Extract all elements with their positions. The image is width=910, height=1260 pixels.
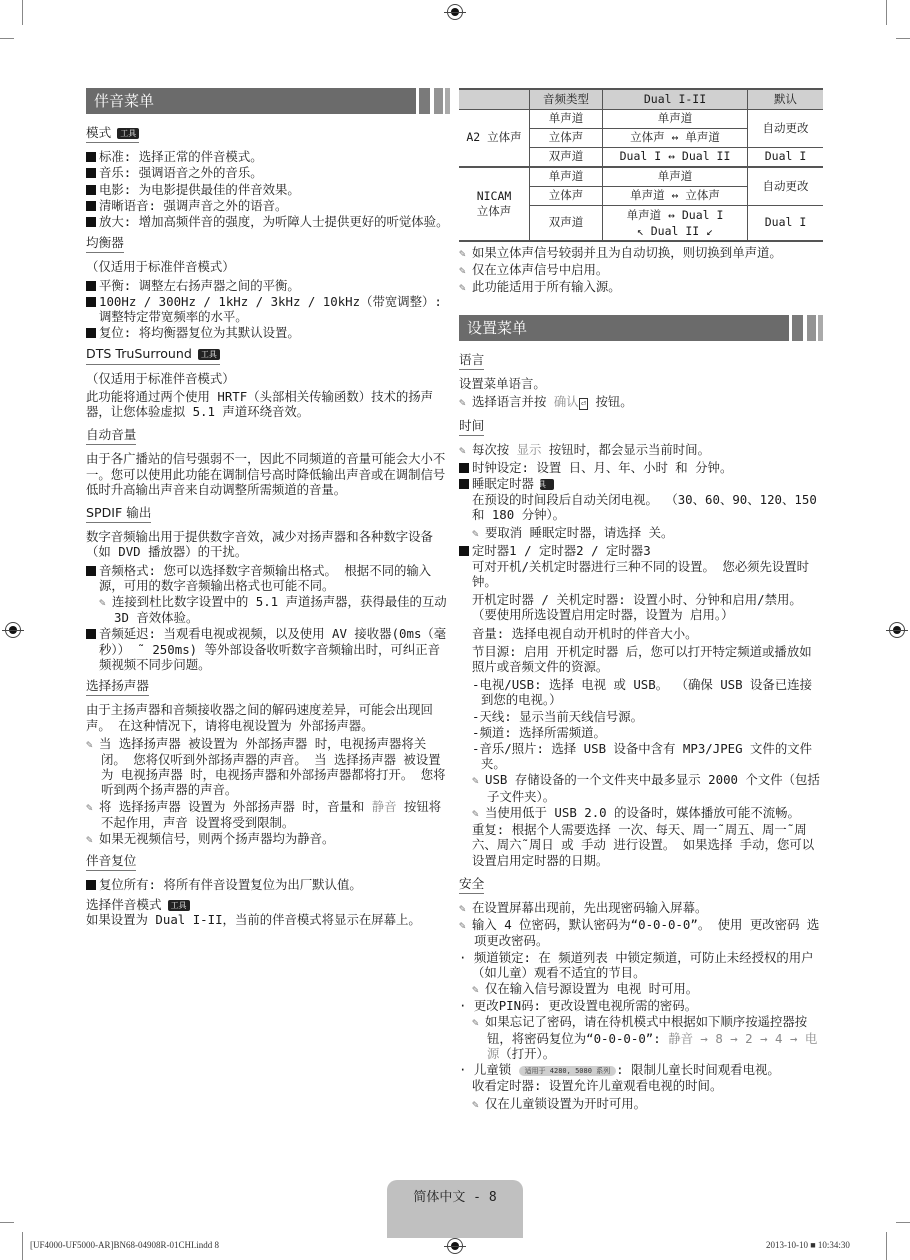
bullet-square-icon bbox=[86, 152, 96, 162]
info-button-label: 显示 bbox=[517, 442, 542, 457]
note-text: 按钮时，都会显示当前时间。 bbox=[541, 442, 710, 457]
note-text: 仅在输入信号源设置为 电视 时可用。 bbox=[485, 981, 698, 996]
note-text: 当 选择扬声器 被设置为 外部扬声器 时，电视扬声器将关闭。 您将仅听到外部扬声… bbox=[99, 736, 446, 798]
bullet-square-icon bbox=[86, 185, 96, 195]
note-pencil-icon: ✎ bbox=[99, 595, 112, 610]
table-cell: 单声道 bbox=[530, 110, 603, 129]
bullet-item: 复位: 将均衡器复位为其默认设置。 bbox=[86, 325, 450, 340]
note-pencil-icon: ✎ bbox=[459, 918, 472, 933]
table-header-row: 音频类型 Dual I-II 默认 bbox=[459, 89, 823, 110]
note-item: ✎如果忘记了密码，请在待机模式中根据如下顺序按遥控器按钮，将密码复位为“0-0-… bbox=[459, 1014, 823, 1061]
note-text: 仅在立体声信号中启用。 bbox=[472, 262, 608, 277]
paragraph: （仅适用于标准伴音模式） bbox=[86, 371, 450, 386]
note-pencil-icon: ✎ bbox=[472, 1097, 485, 1112]
crop-mark bbox=[22, 1232, 23, 1260]
bullet-item: 电影: 为电影提供最佳的伴音效果。 bbox=[86, 182, 450, 197]
tools-icon: 工具 bbox=[540, 479, 554, 490]
tools-icon: 工具 bbox=[117, 128, 139, 139]
note-text: 选择语言并按 bbox=[472, 394, 554, 409]
table-cell: NICAM立体声 bbox=[459, 167, 530, 241]
note-item: ✎当 选择扬声器 被设置为 外部扬声器 时，电视扬声器将关闭。 您将仅听到外部扬… bbox=[86, 736, 450, 798]
bullet-text: 睡眠定时器 bbox=[472, 476, 534, 491]
note-item: ✎在设置屏幕出现前，先出现密码输入屏幕。 bbox=[459, 900, 823, 916]
table-cell-text: ↖ Dual II ↙ bbox=[637, 224, 713, 238]
enter-icon: ⏎ bbox=[579, 398, 588, 410]
note-pencil-icon: ✎ bbox=[86, 832, 99, 847]
bullet-item: 平衡: 调整左右扬声器之间的平衡。 bbox=[86, 278, 450, 293]
note-pencil-icon: ✎ bbox=[472, 1015, 485, 1030]
table-cell: 双声道 bbox=[530, 206, 603, 242]
dash-item: -音乐/照片: 选择 USB 设备中含有 MP3/JPEG 文件的文件夹。 bbox=[459, 741, 823, 771]
table-cell: 单声道 ↔ 立体声 bbox=[603, 187, 748, 206]
subsection-title-auto-volume: 自动音量 bbox=[86, 427, 136, 445]
note-item: ✎仅在输入信号源设置为 电视 时可用。 bbox=[459, 981, 823, 997]
right-column: 音频类型 Dual I-II 默认 A2 立体声 单声道 单声道 自动更改 立体… bbox=[459, 88, 823, 1114]
bullet-text: 复位所有: 将所有伴音设置复位为出厂默认值。 bbox=[99, 877, 362, 892]
bullet-text: 音频格式: 您可以选择数字音频输出格式。 根据不同的输入源，可用的数字音频输出格… bbox=[99, 563, 431, 593]
note-pencil-icon: ✎ bbox=[459, 395, 472, 410]
note-pencil-icon: ✎ bbox=[472, 526, 485, 541]
model-badge: 适用于 4280, 5080 系列 bbox=[519, 1066, 617, 1076]
paragraph: 在预设的时间段后自动关闭电视。 （30、60、90、120、150 和 180 … bbox=[459, 492, 823, 522]
section-header-setup: 设置菜单 bbox=[459, 315, 823, 341]
header-stripe bbox=[792, 315, 803, 341]
registration-mark-right bbox=[889, 622, 905, 638]
bullet-text: 清晰语音: 强调声音之外的语音。 bbox=[99, 198, 287, 213]
note-text: 每次按 bbox=[472, 442, 517, 457]
dot-text: 儿童锁 bbox=[474, 1062, 519, 1077]
bullet-text: 定时器1 / 定时器2 / 定时器3 bbox=[472, 543, 651, 558]
note-text: 此功能适用于所有输入源。 bbox=[472, 279, 621, 294]
bullet-text: 平衡: 调整左右扬声器之间的平衡。 bbox=[99, 278, 300, 293]
note-text: 要取消 睡眠定时器，请选择 关。 bbox=[485, 525, 673, 540]
table-cell: 立体声 bbox=[530, 129, 603, 148]
tools-icon: 工具 bbox=[198, 349, 220, 360]
note-text: USB 存储设备的一个文件夹中最多显示 2000 个文件（包括子文件夹）。 bbox=[485, 772, 820, 803]
page-number-tab: 简体中文 - 8 bbox=[387, 1180, 523, 1238]
table-cell: 自动更改 bbox=[748, 167, 824, 206]
subsection-label: 模式 bbox=[86, 125, 111, 140]
bullet-square-icon bbox=[459, 479, 469, 489]
bullet-square-icon bbox=[459, 546, 469, 556]
note-pencil-icon: ✎ bbox=[472, 982, 485, 997]
paragraph: 如果设置为 Dual I-II，当前的伴音模式将显示在屏幕上。 bbox=[86, 912, 450, 927]
bullet-text: 标准: 选择正常的伴音模式。 bbox=[99, 149, 263, 164]
note-text: 将 选择扬声器 设置为 外部扬声器 时，音量和 bbox=[99, 799, 372, 814]
header-stripe bbox=[445, 88, 450, 114]
table-cell: 自动更改 bbox=[748, 110, 824, 148]
bullet-text: 音频延迟: 当观看电视或视频，以及使用 AV 接收器(0ms（毫秒）） ˜ 25… bbox=[99, 626, 446, 671]
note-pencil-icon: ✎ bbox=[472, 773, 485, 788]
bullet-item: 音乐: 强调语音之外的音乐。 bbox=[86, 165, 450, 180]
subsection-title-mode: 模式工具 bbox=[86, 125, 139, 143]
tools-icon: 工具 bbox=[168, 900, 190, 911]
crop-mark bbox=[0, 1222, 14, 1223]
dot-item: · 频道锁定: 在 频道列表 中锁定频道，可防止未经授权的用户（如儿童）观看不适… bbox=[459, 950, 823, 980]
crop-mark bbox=[896, 1222, 910, 1223]
footer-timestamp: 2013-10-10 ■ 10:34:30 bbox=[766, 1240, 850, 1250]
note-pencil-icon: ✎ bbox=[459, 280, 472, 295]
note-text: 连接到杜比数字设置中的 5.1 声道扬声器，获得最佳的互动 3D 音效体验。 bbox=[112, 594, 447, 625]
subsection-label: DTS TruSurround bbox=[86, 346, 192, 361]
bullet-text: 放大: 增加高频伴音的强度，为听障人士提供更好的听觉体验。 bbox=[99, 214, 448, 229]
mute-button-label: 静音 bbox=[372, 799, 397, 814]
note-item: ✎USB 存储设备的一个文件夹中最多显示 2000 个文件（包括子文件夹）。 bbox=[459, 772, 823, 803]
note-item: ✎如果无视频信号，则两个扬声器均为静音。 bbox=[86, 831, 450, 847]
dash-text: 电视/USB: 选择 电视 或 USB。 （确保 USB 设备已连接到您的电视。… bbox=[479, 677, 812, 707]
bullet-square-icon bbox=[86, 201, 96, 211]
paragraph: 由于主扬声器和音频接收器之间的解码速度差异，可能会出现回声。 在这种情况下，请将… bbox=[86, 702, 450, 732]
dot-item: · 儿童锁 适用于 4280, 5080 系列: 限制儿童长时间观看电视。 bbox=[459, 1062, 823, 1077]
table-cell-text: 单声道 ↔ Dual I bbox=[627, 208, 724, 222]
note-pencil-icon: ✎ bbox=[459, 443, 472, 458]
note-item: ✎将 选择扬声器 设置为 外部扬声器 时，音量和 静音 按钮将不起作用，声音 设… bbox=[86, 799, 450, 830]
table-cell-text: 立体声 bbox=[477, 204, 512, 218]
note-pencil-icon: ✎ bbox=[86, 737, 99, 752]
bullet-item: 音频格式: 您可以选择数字音频输出格式。 根据不同的输入源，可用的数字音频输出格… bbox=[86, 563, 450, 593]
note-pencil-icon: ✎ bbox=[472, 806, 485, 821]
note-item: ✎当使用低于 USB 2.0 的设备时，媒体播放可能不流畅。 bbox=[459, 805, 823, 821]
subsection-title-security: 安全 bbox=[459, 876, 484, 894]
registration-mark-top bbox=[447, 4, 463, 20]
paragraph: （仅适用于标准伴音模式） bbox=[86, 259, 450, 274]
note-item: ✎每次按 显示 按钮时，都会显示当前时间。 bbox=[459, 442, 823, 458]
mute-button-label: 静音 bbox=[668, 1031, 693, 1046]
note-pencil-icon: ✎ bbox=[459, 263, 472, 278]
note-text: （打开）。 bbox=[499, 1046, 555, 1061]
table-row: NICAM立体声 单声道 单声道 自动更改 bbox=[459, 167, 823, 187]
bullet-square-icon bbox=[86, 281, 96, 291]
table-cell: 双声道 bbox=[530, 148, 603, 168]
table-cell: 单声道 ↔ Dual I↖ Dual II ↙ bbox=[603, 206, 748, 242]
paragraph: 数字音频输出用于提供数字音效，减少对扬声器和各种数字设备（如 DVD 播放器）的… bbox=[86, 529, 450, 559]
subsection-title-spdif: SPDIF 输出 bbox=[86, 505, 151, 523]
note-text: 如果无视频信号，则两个扬声器均为静音。 bbox=[99, 831, 334, 846]
note-text: 仅在儿童锁设置为开时可用。 bbox=[485, 1096, 646, 1111]
registration-mark-bottom bbox=[447, 1238, 463, 1254]
note-pencil-icon: ✎ bbox=[459, 901, 472, 916]
paragraph: 由于各广播站的信号强弱不一，因此不同频道的音量可能会大小不一。您可以使用此功能在… bbox=[86, 451, 450, 497]
bullet-item: 音频延迟: 当观看电视或视频，以及使用 AV 接收器(0ms（毫秒）） ˜ 25… bbox=[86, 626, 450, 672]
subsection-title-speaker: 选择扬声器 bbox=[86, 678, 149, 696]
table-header: 默认 bbox=[748, 89, 824, 110]
note-text: 按钮。 bbox=[588, 394, 633, 409]
key-sequence: → 8 → 2 → 4 → bbox=[693, 1031, 805, 1046]
dash-text: 音乐/照片: 选择 USB 设备中含有 MP3/JPEG 文件的文件夹。 bbox=[479, 741, 812, 771]
bullet-square-icon bbox=[86, 880, 96, 890]
subsection-title-dts: DTS TruSurround工具 bbox=[86, 346, 220, 364]
bullet-square-icon bbox=[86, 168, 96, 178]
note-item: ✎仅在儿童锁设置为开时可用。 bbox=[459, 1096, 823, 1112]
paragraph: 设置菜单语言。 bbox=[459, 376, 823, 391]
bullet-square-icon bbox=[86, 629, 96, 639]
audio-type-table: 音频类型 Dual I-II 默认 A2 立体声 单声道 单声道 自动更改 立体… bbox=[459, 88, 823, 242]
crop-mark bbox=[886, 1232, 887, 1260]
bullet-item: 时钟设定: 设置 日、月、年、小时 和 分钟。 bbox=[459, 460, 823, 475]
dash-item: -频道: 选择所需频道。 bbox=[459, 725, 823, 740]
table-header: 音频类型 bbox=[530, 89, 603, 110]
subsection-title-language: 语言 bbox=[459, 352, 484, 370]
paragraph: 开机定时器 / 关机定时器: 设置小时、分钟和启用/禁用。 （要使用所选设置启用… bbox=[459, 592, 823, 622]
bullet-square-icon bbox=[86, 328, 96, 338]
crop-mark bbox=[22, 0, 23, 25]
header-stripe bbox=[807, 315, 816, 341]
registration-mark-left bbox=[5, 622, 21, 638]
paragraph: 节目源: 启用 开机定时器 后，您可以打开特定频道或播放如照片或音频文件的资源。 bbox=[459, 644, 823, 674]
table-cell: A2 立体声 bbox=[459, 110, 530, 168]
bullet-square-icon bbox=[86, 566, 96, 576]
header-stripe bbox=[419, 88, 430, 114]
crop-mark bbox=[0, 38, 14, 39]
left-column: 伴音菜单 模式工具 标准: 选择正常的伴音模式。 音乐: 强调语音之外的音乐。 … bbox=[86, 88, 450, 930]
note-text: 在设置屏幕出现前，先出现密码输入屏幕。 bbox=[472, 900, 707, 915]
subsection-title-equalizer: 均衡器 bbox=[86, 235, 124, 253]
table-cell: Dual I bbox=[748, 148, 824, 168]
dot-text: : 限制儿童长时间观看电视。 bbox=[616, 1062, 780, 1077]
subsection-title-reset: 伴音复位 bbox=[86, 853, 136, 871]
table-cell: Dual I ↔ Dual II bbox=[603, 148, 748, 168]
table-cell: 单声道 bbox=[530, 167, 603, 187]
note-item: ✎仅在立体声信号中启用。 bbox=[459, 262, 823, 278]
subsection-title-select-mode: 选择伴音模式工具 bbox=[86, 897, 450, 912]
dash-item: -天线: 显示当前天线信号源。 bbox=[459, 709, 823, 724]
bullet-text: 复位: 将均衡器复位为其默认设置。 bbox=[99, 325, 300, 340]
dash-text: 天线: 显示当前天线信号源。 bbox=[479, 709, 643, 724]
note-item: ✎要取消 睡眠定时器，请选择 关。 bbox=[459, 525, 823, 541]
header-stripe bbox=[818, 315, 823, 341]
bullet-text: 100Hz / 300Hz / 1kHz / 3kHz / 10kHz（带宽调整… bbox=[99, 294, 442, 324]
section-header-sound: 伴音菜单 bbox=[86, 88, 450, 114]
note-text: 当使用低于 USB 2.0 的设备时，媒体播放可能不流畅。 bbox=[485, 805, 800, 820]
footer-file-name: [UF4000-UF5000-AR]BN68-04908R-01CHI.indd… bbox=[30, 1240, 219, 1250]
bullet-square-icon bbox=[459, 463, 469, 473]
bullet-item: 定时器1 / 定时器2 / 定时器3 bbox=[459, 543, 823, 558]
dash-text: 频道: 选择所需频道。 bbox=[479, 725, 605, 740]
note-item: ✎输入 4 位密码，默认密码为“0-0-0-0”。 使用 更改密码 选项更改密码… bbox=[459, 917, 823, 948]
subsection-title-time: 时间 bbox=[459, 418, 484, 436]
bullet-text: 时钟设定: 设置 日、月、年、小时 和 分钟。 bbox=[472, 460, 732, 475]
table-header: Dual I-II bbox=[603, 89, 748, 110]
dot-text: 更改PIN码: 更改设置电视所需的密码。 bbox=[474, 998, 697, 1013]
note-item: ✎连接到杜比数字设置中的 5.1 声道扬声器，获得最佳的互动 3D 音效体验。 bbox=[86, 594, 450, 625]
table-cell: Dual I bbox=[748, 206, 824, 242]
table-cell: 立体声 bbox=[530, 187, 603, 206]
paragraph: 重复: 根据个人需要选择 一次、每天、周一˜周五、周一˜周六、周六˜周日 或 手… bbox=[459, 822, 823, 868]
bullet-item: 复位所有: 将所有伴音设置复位为出厂默认值。 bbox=[86, 877, 450, 892]
header-stripe bbox=[434, 88, 443, 114]
paragraph: 音量: 选择电视自动开机时的伴音大小。 bbox=[459, 626, 823, 641]
bullet-item: 清晰语音: 强调声音之外的语音。 bbox=[86, 198, 450, 213]
crop-mark bbox=[886, 0, 887, 25]
section-title: 伴音菜单 bbox=[86, 88, 416, 114]
bullet-item: 100Hz / 300Hz / 1kHz / 3kHz / 10kHz（带宽调整… bbox=[86, 294, 450, 324]
table-cell: 单声道 bbox=[603, 110, 748, 129]
note-text: 如果立体声信号较弱并且为自动切换，则切换到单声道。 bbox=[472, 245, 782, 260]
note-item: ✎如果立体声信号较弱并且为自动切换，则切换到单声道。 bbox=[459, 245, 823, 261]
table-cell-text: NICAM bbox=[477, 189, 512, 203]
table-cell: 单声道 bbox=[603, 167, 748, 187]
section-title: 设置菜单 bbox=[459, 315, 789, 341]
table-row: A2 立体声 单声道 单声道 自动更改 bbox=[459, 110, 823, 129]
bullet-item: 睡眠定时器工具 bbox=[459, 476, 823, 491]
paragraph: 此功能将通过两个使用 HRTF（头部相关传输函数）技术的扬声器，让您体验虚拟 5… bbox=[86, 389, 450, 419]
note-pencil-icon: ✎ bbox=[459, 246, 472, 261]
table-cell: 立体声 ↔ 单声道 bbox=[603, 129, 748, 148]
paragraph: 收看定时器: 设置允许儿童观看电视的时间。 bbox=[459, 1078, 823, 1093]
dash-item: -电视/USB: 选择 电视 或 USB。 （确保 USB 设备已连接到您的电视… bbox=[459, 677, 823, 707]
note-text: 输入 4 位密码，默认密码为“0-0-0-0”。 使用 更改密码 选项更改密码。 bbox=[472, 917, 819, 948]
bullet-square-icon bbox=[86, 297, 96, 307]
dot-item: · 更改PIN码: 更改设置电视所需的密码。 bbox=[459, 998, 823, 1013]
paragraph: 可对开机/关机定时器进行三种不同的设置。 您必须先设置时钟。 bbox=[459, 559, 823, 589]
bullet-square-icon bbox=[86, 217, 96, 227]
dot-text: 频道锁定: 在 频道列表 中锁定频道，可防止未经授权的用户（如儿童）观看不适宜的… bbox=[472, 950, 814, 980]
bullet-text: 电影: 为电影提供最佳的伴音效果。 bbox=[99, 182, 300, 197]
note-pencil-icon: ✎ bbox=[86, 800, 99, 815]
note-item: ✎选择语言并按 确认⏎ 按钮。 bbox=[459, 394, 823, 412]
crop-mark bbox=[896, 38, 910, 39]
bullet-item: 标准: 选择正常的伴音模式。 bbox=[86, 149, 450, 164]
note-item: ✎此功能适用于所有输入源。 bbox=[459, 279, 823, 295]
subsection-label: 选择伴音模式 bbox=[86, 897, 162, 912]
bullet-text: 音乐: 强调语音之外的音乐。 bbox=[99, 165, 263, 180]
enter-button-label: 确认 bbox=[554, 394, 579, 409]
bullet-item: 放大: 增加高频伴音的强度，为听障人士提供更好的听觉体验。 bbox=[86, 214, 450, 229]
table-header bbox=[459, 89, 530, 110]
